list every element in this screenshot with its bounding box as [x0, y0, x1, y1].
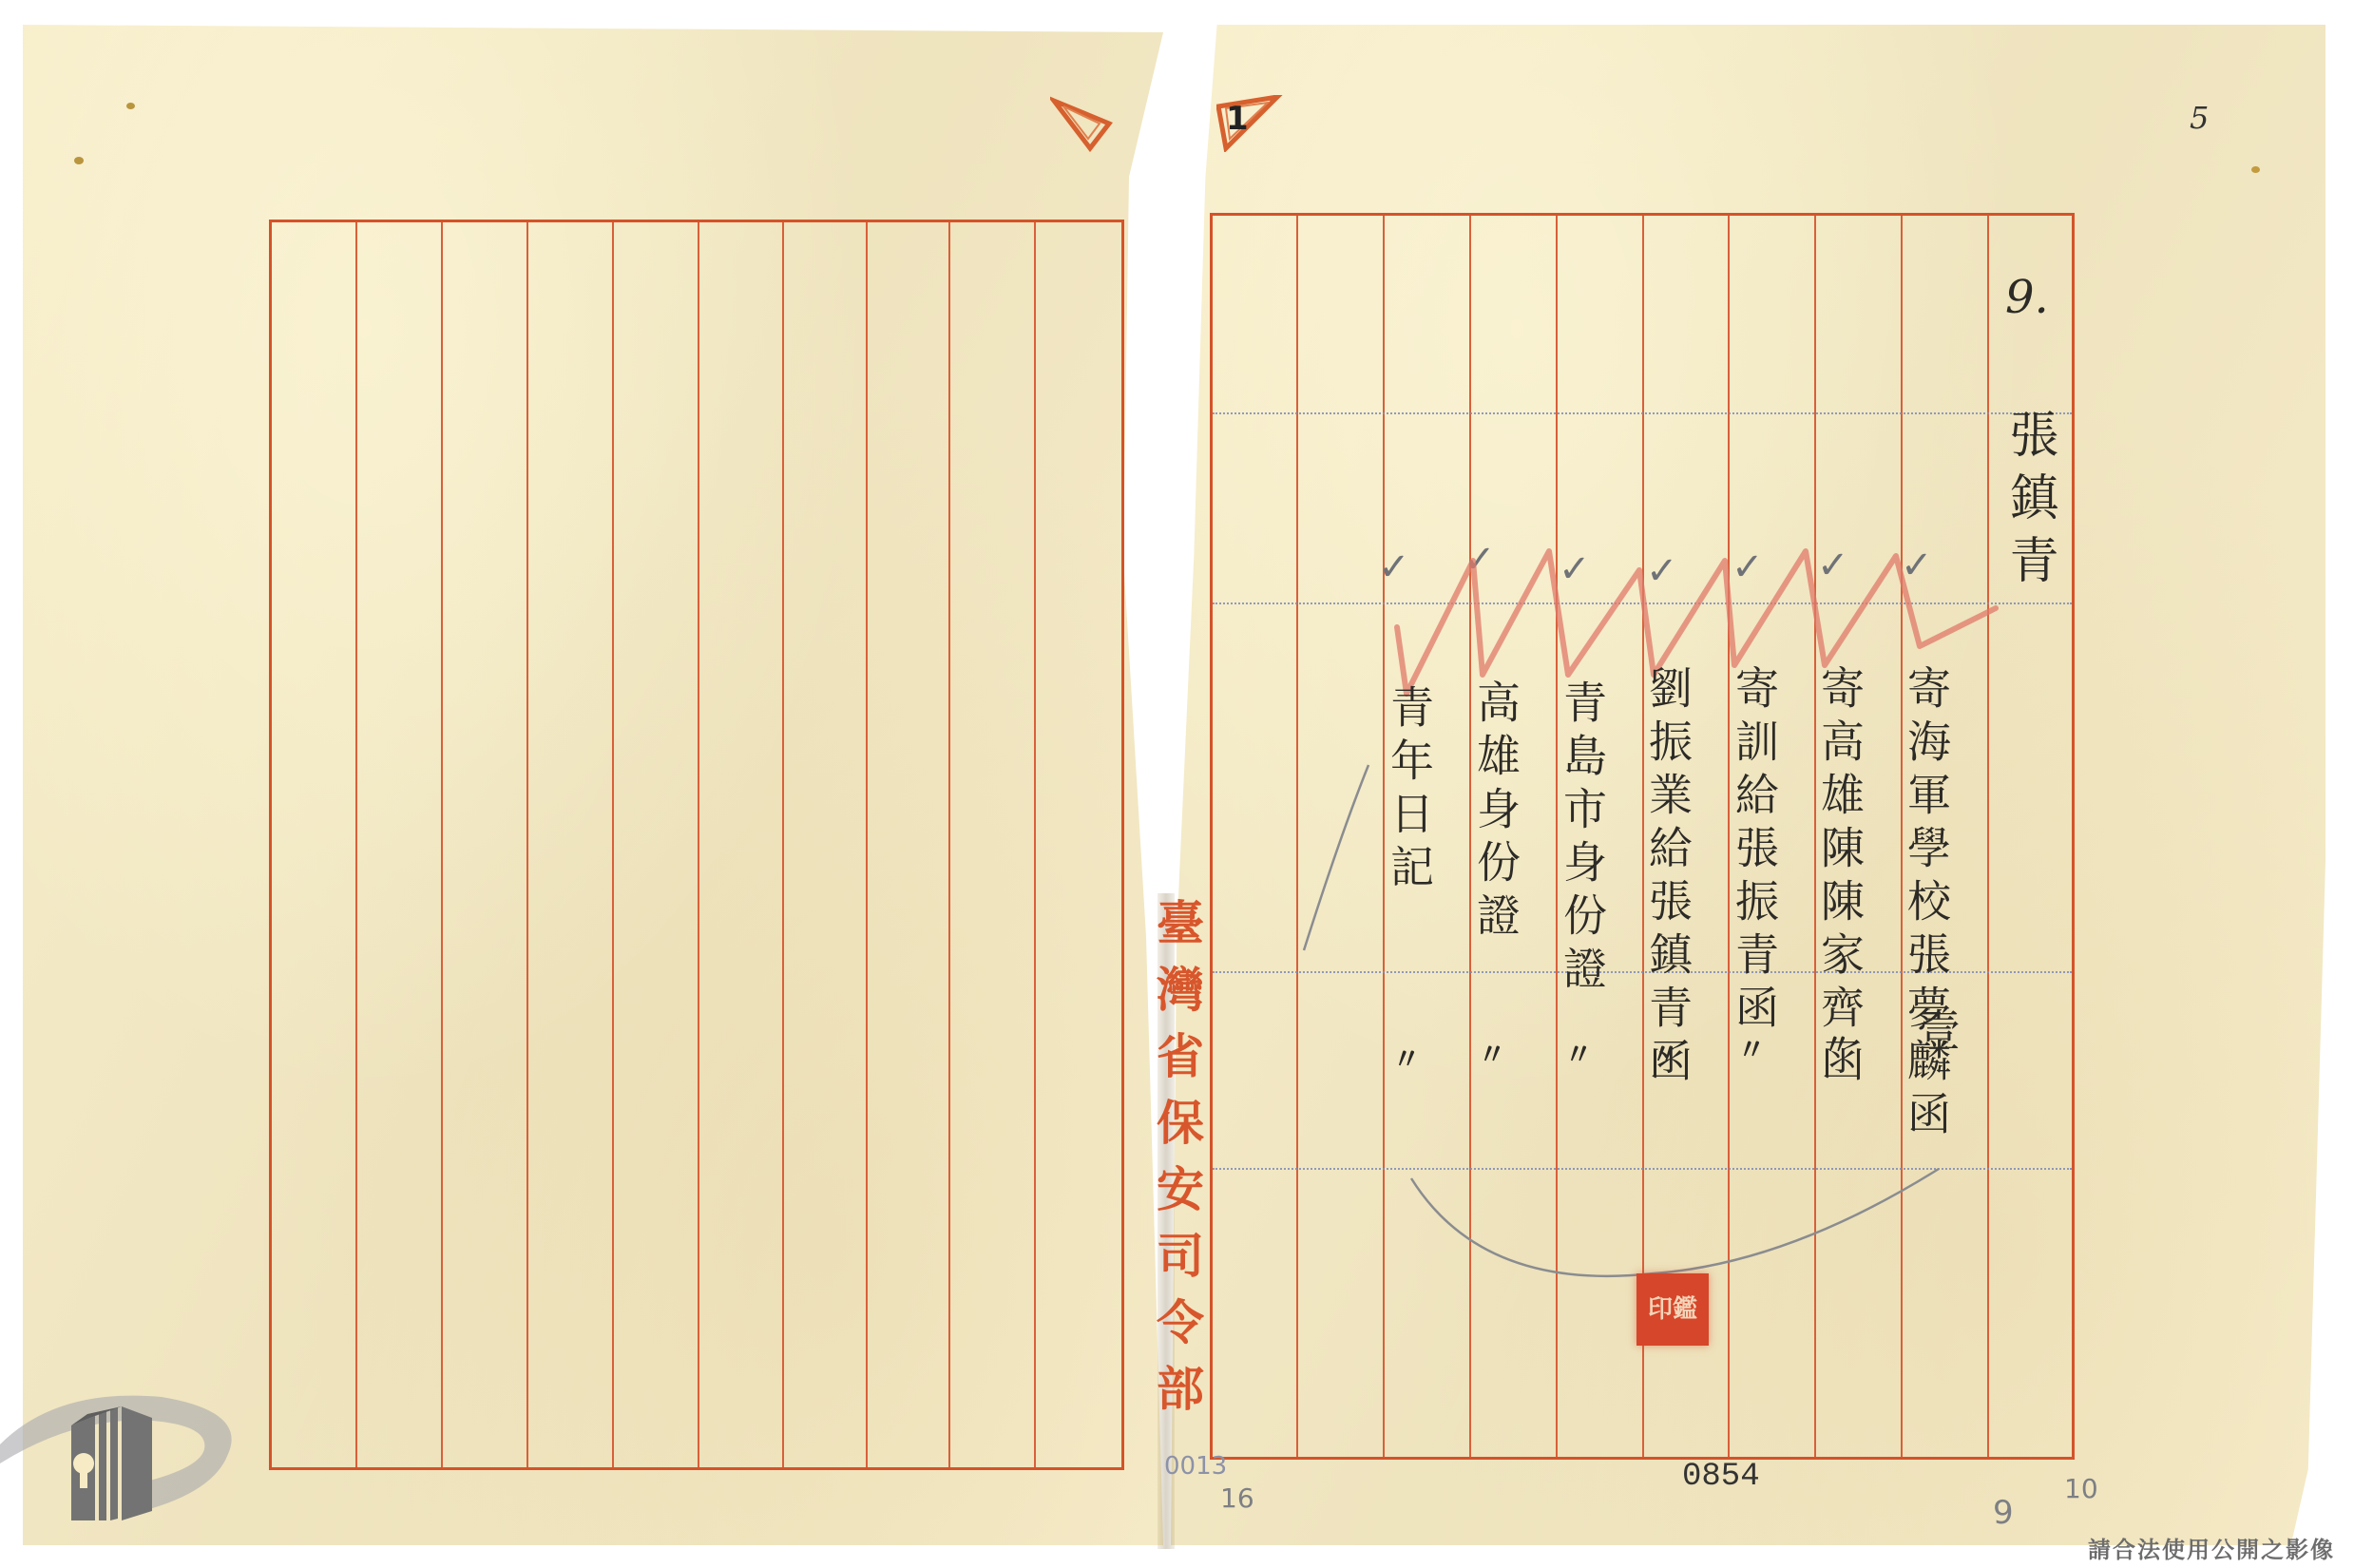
column-rule [612, 222, 614, 1467]
printed-org-name: 臺灣省保安司令部 [1142, 898, 1211, 1430]
page-number: 5 [2190, 100, 2209, 136]
spine-pencil-code: 0013 [1164, 1452, 1227, 1481]
blue-rule [1213, 412, 2072, 414]
paper-hole [126, 103, 135, 109]
column-rule [948, 222, 950, 1467]
left-ruled-frame [269, 220, 1124, 1470]
pencil-annotations [1292, 760, 1977, 1292]
paper-hole [2251, 166, 2260, 173]
column-rule [526, 222, 528, 1467]
paper-hole [74, 157, 84, 164]
column-rule [1987, 216, 1989, 1457]
archive-book-keyhole-icon [0, 1368, 238, 1520]
entry-number: 9. [2005, 271, 2049, 324]
spine-pencil-sub: 16 [1220, 1482, 1254, 1514]
column-rule [698, 222, 699, 1467]
column-rule [782, 222, 784, 1467]
column-rule [1034, 222, 1036, 1467]
column-rule [866, 222, 868, 1467]
red-seal-stamp: 印鑑 [1636, 1273, 1709, 1346]
archive-number: 0854 [1682, 1459, 1760, 1495]
triangle-stamp-left [1050, 95, 1117, 152]
corner-mark: 1 [1226, 100, 1249, 138]
usage-notice: 請合法使用公開之影像 [2088, 1531, 2335, 1564]
column-rule [441, 222, 443, 1467]
bottom-pencil-b: 10 [2064, 1473, 2098, 1504]
column-rule [355, 222, 357, 1467]
bottom-pencil-a: 9 [1993, 1494, 2014, 1532]
